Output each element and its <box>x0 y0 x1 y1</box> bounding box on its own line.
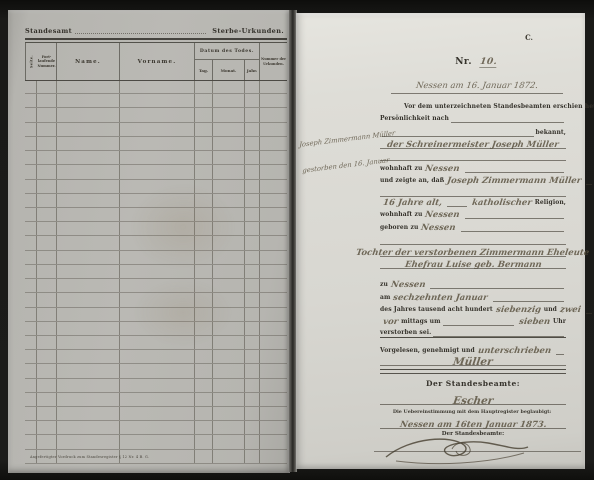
table-cell <box>57 293 120 306</box>
table-cell <box>213 308 245 321</box>
table-cell <box>195 350 213 363</box>
table-cell <box>195 236 213 249</box>
form-line: der Schreinermeister Joseph Müller <box>380 137 566 149</box>
table-cell <box>260 450 287 463</box>
table-cell <box>37 279 57 292</box>
table-cell <box>120 208 195 221</box>
table-cell <box>120 165 195 178</box>
table-cell <box>37 293 57 306</box>
form-line: wohnhaft zuNessen <box>380 161 566 173</box>
table-cell <box>37 322 57 335</box>
table-cell <box>245 322 260 335</box>
table-cell <box>213 350 245 363</box>
table-cell <box>25 80 37 93</box>
table-cell <box>260 123 287 136</box>
table-cell <box>195 308 213 321</box>
table-cell <box>260 94 287 107</box>
table-row <box>25 208 287 222</box>
table-cell <box>57 336 120 349</box>
table-cell <box>57 94 120 107</box>
registrar-flourish-signature <box>356 433 556 467</box>
table-row <box>25 265 287 279</box>
table-cell <box>260 194 287 207</box>
printed-fragment: geboren zu <box>380 224 418 232</box>
table-cell <box>37 94 57 107</box>
table-cell <box>260 421 287 434</box>
table-cell <box>37 222 57 235</box>
column-header-certificate-number: Nummer der Urkunden. <box>260 43 287 80</box>
left-page-header: Standesamt Sterbe-Urkunden. <box>25 27 284 35</box>
index-rows <box>25 80 287 464</box>
column-header-page: Seite. <box>25 43 37 80</box>
table-cell <box>213 151 245 164</box>
table-cell <box>213 364 245 377</box>
table-cell <box>245 350 260 363</box>
table-cell <box>120 123 195 136</box>
table-row <box>25 293 287 307</box>
form-line: geboren zuNessen <box>380 220 566 232</box>
table-cell <box>57 279 120 292</box>
table-cell <box>195 293 213 306</box>
table-row <box>25 279 287 293</box>
table-cell <box>120 407 195 420</box>
table-cell <box>260 236 287 249</box>
registrar-signature: Escher <box>452 397 493 406</box>
table-row <box>25 94 287 108</box>
table-row <box>25 137 287 151</box>
bottom-signature-rule <box>374 451 581 452</box>
table-cell <box>25 350 37 363</box>
declarant-signature: Müller <box>453 358 494 367</box>
table-cell <box>57 308 120 321</box>
table-cell <box>25 336 37 349</box>
printed-fragment: Religion, <box>535 199 566 207</box>
table-cell <box>25 421 37 434</box>
table-cell <box>260 137 287 150</box>
form-line: zuNessen <box>380 277 566 289</box>
table-cell <box>37 137 57 150</box>
table-cell <box>213 450 245 463</box>
printed-fragment: bekannt, <box>536 129 566 137</box>
table-cell <box>260 80 287 93</box>
table-cell <box>260 293 287 306</box>
printed-fragment: zu <box>380 281 388 289</box>
table-cell <box>195 421 213 434</box>
attestation-date-handwriting: Nessen am 16ten Januar 1873. <box>399 421 547 430</box>
table-cell <box>245 435 260 448</box>
table-row <box>25 108 287 122</box>
table-cell <box>213 222 245 235</box>
printed-fragment: wohnhaft zu <box>380 211 422 219</box>
table-cell <box>245 251 260 264</box>
blank-line <box>451 122 564 123</box>
column-header-month: Monat. <box>213 60 245 80</box>
table-cell <box>213 407 245 420</box>
table-cell <box>57 393 120 406</box>
column-header-running-number: Fort- laufende Nummer. <box>37 43 57 80</box>
table-cell <box>37 123 57 136</box>
table-cell <box>120 322 195 335</box>
table-row <box>25 80 287 94</box>
printed-fragment: Persönlichkeit nach <box>380 115 449 123</box>
table-cell <box>245 293 260 306</box>
table-cell <box>37 236 57 249</box>
table-cell <box>213 123 245 136</box>
form-line: bekannt, <box>380 125 566 137</box>
standesamt-label: Standesamt <box>25 27 72 35</box>
table-cell <box>260 151 287 164</box>
table-cell <box>195 222 213 235</box>
form-line: Ehefrau Luise geb. Bermann <box>380 257 566 269</box>
table-cell <box>213 236 245 249</box>
table-cell <box>120 279 195 292</box>
table-cell <box>37 435 57 448</box>
table-cell <box>213 393 245 406</box>
table-cell <box>213 80 245 93</box>
table-row <box>25 407 287 421</box>
table-cell <box>37 364 57 377</box>
table-cell <box>120 336 195 349</box>
table-cell <box>195 123 213 136</box>
table-cell <box>260 336 287 349</box>
table-cell <box>213 435 245 448</box>
table-cell <box>57 80 120 93</box>
table-cell <box>120 293 195 306</box>
table-cell <box>213 108 245 121</box>
table-cell <box>195 279 213 292</box>
column-header-year: Jahr. <box>245 60 260 80</box>
table-cell <box>260 180 287 193</box>
table-cell <box>260 208 287 221</box>
form-line: Vor dem unterzeichneten Standesbeamten e… <box>380 99 566 111</box>
section-rule <box>380 337 566 338</box>
table-cell <box>37 350 57 363</box>
table-cell <box>195 94 213 107</box>
table-cell <box>37 336 57 349</box>
table-cell <box>37 180 57 193</box>
table-cell <box>213 293 245 306</box>
table-cell <box>25 379 37 392</box>
handwriting-fragment: Nessen <box>425 211 461 220</box>
table-cell <box>245 450 260 463</box>
table-cell <box>57 236 120 249</box>
table-cell <box>260 322 287 335</box>
table-cell <box>245 165 260 178</box>
table-row <box>25 180 287 194</box>
form-line: verstorben sei. <box>380 325 566 337</box>
table-cell <box>25 165 37 178</box>
table-cell <box>213 94 245 107</box>
handwriting-fragment: Ehefrau Luise geb. Bermann <box>404 261 542 270</box>
printer-imprint: Angefertigter Vordruck zum Standesregist… <box>30 455 149 459</box>
table-cell <box>245 222 260 235</box>
table-cell <box>25 393 37 406</box>
table-cell <box>245 123 260 136</box>
table-cell <box>57 108 120 121</box>
table-cell <box>213 322 245 335</box>
table-cell <box>260 279 287 292</box>
table-cell <box>57 180 120 193</box>
table-cell <box>245 308 260 321</box>
table-row <box>25 350 287 364</box>
table-cell <box>25 435 37 448</box>
table-cell <box>260 364 287 377</box>
table-row <box>25 308 287 322</box>
printed-fragment: wohnhaft zu <box>380 165 422 173</box>
table-cell <box>195 137 213 150</box>
declarant-signature-line: Müller <box>380 354 566 366</box>
table-cell <box>195 435 213 448</box>
table-cell <box>25 265 37 278</box>
table-cell <box>260 222 287 235</box>
blank-line <box>461 231 564 232</box>
table-cell <box>213 208 245 221</box>
handwriting-fragment: Nessen <box>421 224 457 233</box>
table-cell <box>57 222 120 235</box>
table-cell <box>260 435 287 448</box>
form-line: 16 Jahre alt,katholischerReligion, <box>380 195 566 207</box>
table-cell <box>120 236 195 249</box>
table-cell <box>195 407 213 420</box>
nr-value-handwriting: 10. <box>479 57 498 68</box>
left-index-page: Standesamt Sterbe-Urkunden. Seite. Fort-… <box>8 10 290 473</box>
table-cell <box>245 208 260 221</box>
table-cell <box>57 350 120 363</box>
table-cell <box>57 435 120 448</box>
table-row <box>25 236 287 250</box>
table-cell <box>195 165 213 178</box>
table-cell <box>120 222 195 235</box>
table-cell <box>57 165 120 178</box>
table-cell <box>120 265 195 278</box>
table-cell <box>245 108 260 121</box>
table-cell <box>57 379 120 392</box>
certificate-number-line: Nr. 10. <box>416 57 536 68</box>
blank-line <box>586 313 592 314</box>
table-cell <box>213 194 245 207</box>
table-cell <box>120 364 195 377</box>
table-cell <box>25 137 37 150</box>
table-cell <box>25 364 37 377</box>
printed-fragment: Vor dem unterzeichneten Standesbeamten e… <box>380 103 594 111</box>
table-cell <box>25 407 37 420</box>
table-cell <box>120 137 195 150</box>
table-cell <box>57 322 120 335</box>
printed-fragment: und zeigte an, daß <box>380 177 444 185</box>
place-date-line: Nessen am 16. Januar 1872. <box>391 73 563 94</box>
table-cell <box>195 364 213 377</box>
table-cell <box>260 308 287 321</box>
form-letter-c: C. <box>525 33 533 42</box>
table-cell <box>25 236 37 249</box>
table-cell <box>213 180 245 193</box>
blank-line <box>586 184 592 185</box>
table-cell <box>25 108 37 121</box>
table-cell <box>195 180 213 193</box>
printed-fragment: des Jahres tausend acht hundert <box>380 306 493 314</box>
table-cell <box>195 208 213 221</box>
death-index-table: Seite. Fort- laufende Nummer. Name. Vorn… <box>25 38 287 464</box>
table-row <box>25 165 287 179</box>
table-cell <box>120 435 195 448</box>
table-cell <box>245 80 260 93</box>
table-row <box>25 222 287 236</box>
table-cell <box>245 180 260 193</box>
form-line: Tochter der verstorbenen Zimmermann Ehel… <box>380 245 566 257</box>
scanned-register-spread: Standesamt Sterbe-Urkunden. Seite. Fort-… <box>0 0 594 480</box>
table-cell <box>57 421 120 434</box>
table-row <box>25 379 287 393</box>
registrar-signature-line: Escher <box>380 391 566 405</box>
table-cell <box>37 165 57 178</box>
table-cell <box>25 279 37 292</box>
form-line <box>380 149 566 161</box>
column-header-date-of-death: Datum des Todes. <box>195 43 260 60</box>
table-cell <box>57 208 120 221</box>
table-cell <box>57 137 120 150</box>
table-cell <box>213 336 245 349</box>
table-cell <box>245 407 260 420</box>
table-cell <box>245 379 260 392</box>
table-cell <box>245 421 260 434</box>
table-cell <box>260 165 287 178</box>
table-row <box>25 251 287 265</box>
table-cell <box>57 251 120 264</box>
table-row <box>25 123 287 137</box>
attestation-dateline: Nessen am 16ten Januar 1873. <box>380 417 566 429</box>
table-cell <box>120 180 195 193</box>
table-cell <box>213 165 245 178</box>
table-cell <box>213 265 245 278</box>
table-cell <box>120 94 195 107</box>
table-cell <box>245 137 260 150</box>
table-cell <box>25 322 37 335</box>
form-line: wohnhaft zuNessen <box>380 207 566 219</box>
table-cell <box>120 80 195 93</box>
table-cell <box>245 151 260 164</box>
place-date-handwriting: Nessen am 16. Januar 1872. <box>415 81 538 91</box>
table-cell <box>37 308 57 321</box>
table-row <box>25 151 287 165</box>
table-row <box>25 194 287 208</box>
margin-note-line2: gestorben den 16. Januar <box>302 155 389 177</box>
printed-fragment: verstorben sei. <box>380 329 431 337</box>
table-cell <box>195 80 213 93</box>
table-cell <box>260 407 287 420</box>
table-row <box>25 322 287 336</box>
table-cell <box>245 393 260 406</box>
table-cell <box>245 336 260 349</box>
table-cell <box>120 421 195 434</box>
form-line: des Jahres tausend acht hundertsiebenzig… <box>380 302 566 314</box>
table-cell <box>25 123 37 136</box>
form-line: und zeigte an, daßJoseph Zimmermann Müll… <box>380 173 566 185</box>
attestation-text: Die Uebereinstimmung mit dem Hauptregist… <box>374 409 570 415</box>
table-cell <box>213 379 245 392</box>
table-cell <box>25 293 37 306</box>
form-line: Persönlichkeit nach <box>380 111 566 123</box>
table-cell <box>213 251 245 264</box>
table-cell <box>37 421 57 434</box>
table-cell <box>25 180 37 193</box>
table-cell <box>25 94 37 107</box>
table-row <box>25 364 287 378</box>
table-cell <box>57 407 120 420</box>
table-cell <box>213 279 245 292</box>
table-cell <box>57 364 120 377</box>
table-cell <box>25 222 37 235</box>
blank-line <box>430 288 564 289</box>
table-cell <box>37 251 57 264</box>
nr-label: Nr. <box>455 57 472 67</box>
table-cell <box>245 194 260 207</box>
table-cell <box>37 151 57 164</box>
table-cell <box>195 151 213 164</box>
table-cell <box>37 108 57 121</box>
table-cell <box>260 265 287 278</box>
table-cell <box>195 108 213 121</box>
blank-line <box>465 218 564 219</box>
table-row <box>25 421 287 435</box>
table-cell <box>260 108 287 121</box>
column-header-day: Tag. <box>195 60 213 80</box>
table-cell <box>120 393 195 406</box>
table-cell <box>120 151 195 164</box>
table-cell <box>37 393 57 406</box>
table-cell <box>195 450 213 463</box>
column-header-name: Name. <box>57 43 120 80</box>
table-cell <box>120 308 195 321</box>
table-cell <box>260 393 287 406</box>
table-header: Seite. Fort- laufende Nummer. Name. Vorn… <box>25 43 287 81</box>
table-cell <box>25 251 37 264</box>
table-cell <box>120 251 195 264</box>
table-cell <box>57 194 120 207</box>
section-rule-double <box>380 369 566 370</box>
registrar-label: Der Standesbeamte: <box>380 379 566 388</box>
printed-fragment: und <box>544 306 557 314</box>
table-cell <box>57 123 120 136</box>
sterbeurkunden-label: Sterbe-Urkunden. <box>212 27 284 35</box>
table-cell <box>25 208 37 221</box>
table-row <box>25 393 287 407</box>
table-cell <box>37 265 57 278</box>
table-cell <box>195 393 213 406</box>
table-cell <box>37 80 57 93</box>
table-cell <box>260 379 287 392</box>
table-cell <box>245 364 260 377</box>
table-cell <box>120 108 195 121</box>
form-line: amsechzehnten Januar <box>380 290 566 302</box>
column-header-firstname: Vorname. <box>120 43 195 80</box>
table-cell <box>57 265 120 278</box>
table-cell <box>245 265 260 278</box>
table-cell <box>57 151 120 164</box>
table-cell <box>195 379 213 392</box>
table-cell <box>195 265 213 278</box>
table-cell <box>245 94 260 107</box>
table-cell <box>245 236 260 249</box>
right-certificate-page: C. Nr. 10. Nessen am 16. Januar 1872. Jo… <box>296 13 585 469</box>
table-cell <box>195 336 213 349</box>
table-row <box>25 336 287 350</box>
table-cell <box>37 208 57 221</box>
printed-fragment: am <box>380 294 390 302</box>
table-cell <box>195 322 213 335</box>
table-cell <box>260 350 287 363</box>
table-cell <box>25 151 37 164</box>
handwriting-fragment: Nessen <box>390 281 426 290</box>
